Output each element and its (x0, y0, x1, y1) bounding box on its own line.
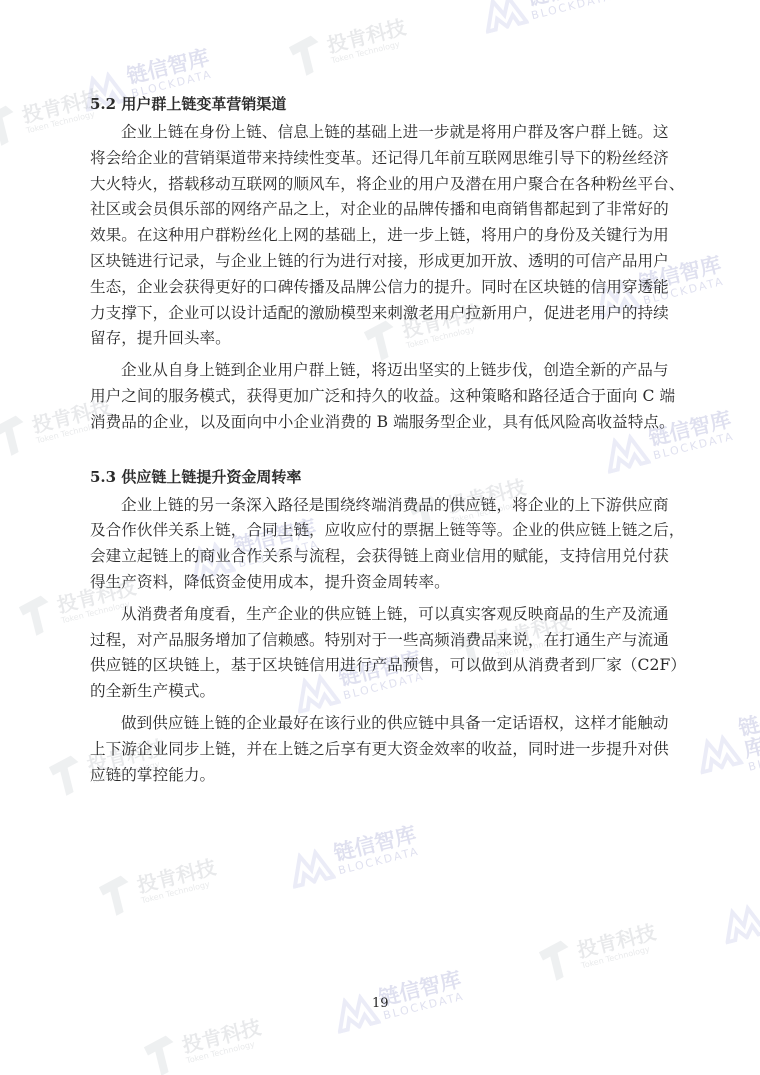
section-heading: 5.3 供应链上链提升资金周转率 (90, 467, 670, 487)
paragraph: 企业上链的另一条深入路径是围绕终端消费品的供应链，将企业的上下游供应商 及合作伙… (90, 493, 670, 596)
text-line: 效果。在这种用户群粉丝化上网的基础上，进一步上链，将用户的身份及关键行为用 (90, 223, 670, 249)
text-line: 上下游企业同步上链，并在上链之后享有更大资金效率的收益，同时进一步提升对供 (90, 737, 670, 763)
section-spacer (90, 442, 670, 467)
text-line: 企业上链在身份上链、信息上链的基础上进一步就是将用户群及客户群上链。这 (90, 120, 670, 146)
watermark-blockdata: 链信智库BLOCKDATA (330, 968, 467, 1034)
blockdata-logo-icon (478, 0, 529, 33)
paragraph: 做到供应链上链的企业最好在该行业的供应链中具备一定话语权，这样才能触动 上下游企… (90, 711, 670, 788)
token-logo-icon (45, 752, 88, 799)
section-heading: 5.2 用户群上链变革营销渠道 (90, 94, 670, 114)
text-line: 用户之间的服务模式，获得更加广泛和持久的收益。这种策略和路径适合于面向 C 端 (90, 384, 670, 410)
text-line: 生态，企业会获得更好的口碑传播及品牌公信力的提升。同时在区块链的信用穿透能 (90, 275, 670, 301)
token-logo-icon (0, 102, 23, 149)
watermark-token-technology: 投肯科技Token Technology (95, 851, 221, 919)
text-line: 做到供应链上链的企业最好在该行业的供应链中具备一定话语权，这样才能触动 (90, 711, 670, 737)
text-line: 从消费者角度看，生产企业的供应链上链，可以真实客观反映商品的生产及流通 (90, 602, 670, 628)
watermark-token-technology: 投肯科技Token Technology (285, 11, 411, 79)
watermark-blockdata: 链信智库BLOCKDATA (690, 698, 760, 785)
text-line: 应链的掌控能力。 (90, 763, 670, 789)
token-logo-icon (140, 1032, 183, 1075)
text-line: 将会给企业的营销渠道带来持续性变革。还记得几年前互联网思维引导下的粉丝经济 (90, 146, 670, 172)
text-line: 企业上链的另一条深入路径是围绕终端消费品的供应链，将企业的上下游供应商 (90, 493, 670, 519)
text-line: 消费品的企业，以及面向中小企业消费的 B 端服务型企业，具有低风险高收益特点。 (90, 410, 670, 436)
text-line: 企业从自身上链到企业用户群上链，将迈出坚实的上链步伐，创造全新的产品与 (90, 358, 670, 384)
watermark-blockdata: 链信智库BLOCKDATA (478, 0, 615, 34)
watermark-token-technology: 投肯科技Token Technology (140, 1011, 266, 1075)
token-logo-icon (535, 937, 578, 984)
section-5-3: 5.3 供应链上链提升资金周转率 企业上链的另一条深入路径是围绕终端消费品的供应… (90, 467, 670, 789)
text-line: 会建立起链上的商业合作关系与流程，会获得链上商业信用的赋能，支持信用兑付获 (90, 544, 670, 570)
text-line: 社区或会员俱乐部的网络产品之上，对企业的品牌传播和电商销售都起到了非常好的 (90, 197, 670, 223)
text-line: 得生产资料，降低资金使用成本，提升资金周转率。 (90, 570, 670, 596)
page-number: 19 (372, 996, 389, 1011)
token-logo-icon (0, 412, 33, 459)
token-logo-icon (95, 872, 138, 919)
watermark-token-technology: 投肯科技Token Technology (535, 916, 661, 984)
blockdata-logo-icon (718, 901, 760, 945)
text-line: 区块链进行记录，与企业上链的行为进行对接，形成更加开放、透明的可信产品用户 (90, 249, 670, 275)
watermark-blockdata: 链信智库BLOCKDATA (285, 823, 422, 889)
paragraph: 企业上链在身份上链、信息上链的基础上进一步就是将用户群及客户群上链。这 将会给企… (90, 120, 670, 352)
blockdata-logo-icon (285, 845, 336, 889)
document-page: 投肯科技Token Technology 链信智库BLOCKDATA 链信智库B… (0, 0, 760, 1075)
blockdata-logo-icon (693, 731, 744, 775)
text-line: 过程，对产品服务增加了信赖感。特别对于一些高频消费品来说，在打通生产与流通 (90, 628, 670, 654)
text-line: 及合作伙伴关系上链，合同上链，应收应付的票据上链等等。企业的供应链上链之后， (90, 518, 670, 544)
token-logo-icon (285, 32, 328, 79)
section-5-2: 5.2 用户群上链变革营销渠道 企业上链在身份上链、信息上链的基础上进一步就是将… (90, 94, 670, 436)
watermark-blockdata: 链信智库BLOCKDATA (715, 868, 760, 955)
text-line: 留存，提升回头率。 (90, 326, 670, 352)
token-logo-icon (15, 592, 58, 639)
text-line: 供应链的区块链上，基于区块链信用进行产品预售，可以做到从消费者到厂家（C2F） (90, 653, 670, 679)
text-line: 大火特火，搭载移动互联网的顺风车，将企业的用户及潜在用户聚合在各种粉丝平台、 (90, 172, 670, 198)
document-body: 5.2 用户群上链变革营销渠道 企业上链在身份上链、信息上链的基础上进一步就是将… (90, 94, 670, 794)
paragraph: 企业从自身上链到企业用户群上链，将迈出坚实的上链步伐，创造全新的产品与 用户之间… (90, 358, 670, 435)
paragraph: 从消费者角度看，生产企业的供应链上链，可以真实客观反映商品的生产及流通 过程，对… (90, 602, 670, 705)
text-line: 的全新生产模式。 (90, 679, 670, 705)
text-line: 力支撑下，企业可以设计适配的激励模型来刺激老用户拉新用户，促进老用户的持续 (90, 301, 670, 327)
